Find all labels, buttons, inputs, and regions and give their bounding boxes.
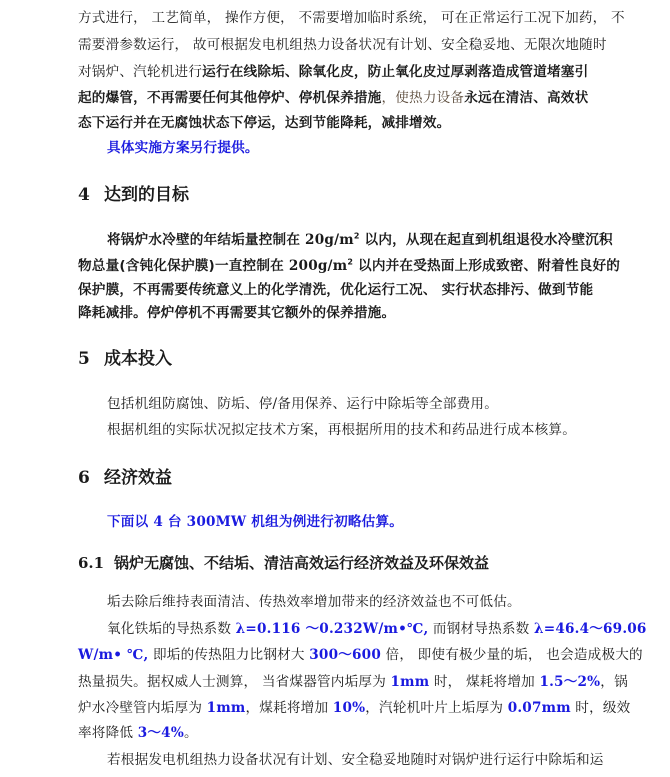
estimate-note-count: 4 <box>153 514 163 530</box>
subsection-line-6: 率将降低 3～4%。 <box>78 724 594 742</box>
intro-line-2: 需要滑参数运行， 故可根据发电机组热力设备状况有计划、安全稳妥地、无限次地随时 <box>78 36 594 54</box>
section-4-line-4: 降耗减排。停炉停机不再需要其它额外的保养措施。 <box>78 304 594 322</box>
intro-line-4-brown: ，使热力设备 <box>381 90 464 106</box>
implementation-note: 具体实施方案另行提供。 <box>107 139 623 157</box>
section-4-line-2: 物总量(含钝化保护膜)一直控制在 200g/m2 以内并在受热面上形成致密、附着… <box>78 257 594 275</box>
section-4-line-2-b: 以内并在受热面上形成致密、附着性良好的 <box>353 258 620 274</box>
section-5-title: 成本投入 <box>104 349 172 369</box>
subsection-line-3: W/m• ℃, 即垢的传热阻力比钢材大 300～600 倍， 即使有极少量的垢，… <box>78 646 594 664</box>
resistance-ratio: 300～600 <box>309 647 381 663</box>
subsection-line-4-b: 时， 煤耗将增加 <box>429 674 539 690</box>
subsection-line-3-b: 倍， 即使有极少量的垢， 也会造成极大的 <box>381 647 643 663</box>
document-page: 方式进行， 工艺简单， 操作方便， 不需要增加临时系统， 可在正常运行工况下加药… <box>0 0 670 777</box>
turbine-blade-scale-thickness: 0.07mm <box>508 700 571 716</box>
subsection-line-2-b: 而钢材导热系数 <box>428 621 534 637</box>
section-5-line-2: 根据机组的实际状况拟定技术方案，再根据所用的技术和药品进行成本核算。 <box>107 421 623 439</box>
section-4-line-1-a: 将锅炉水冷壁的年结垢量控制在 <box>107 232 305 248</box>
subsection-line-5-c: ，汽轮机叶片上垢厚为 <box>365 700 507 716</box>
waterwall-coal-increase: 10% <box>333 700 365 716</box>
subsection-line-4-c: ，锅 <box>600 674 628 690</box>
estimate-note-c: 机组为例进行初略估算。 <box>246 514 403 530</box>
intro-line-1: 方式进行， 工艺简单， 操作方便， 不需要增加临时系统， 可在正常运行工况下加药… <box>78 9 594 27</box>
subsection-line-5-d: 时，级效 <box>571 700 631 716</box>
subsection-line-6-b: 。 <box>184 725 198 741</box>
section-5-line-1: 包括机组防腐蚀、防垢、停/备用保养、运行中除垢等全部费用。 <box>107 395 623 413</box>
subsection-line-4-a: 热量损失。据权威人士测算， 当省煤器管内垢厚为 <box>78 674 391 690</box>
intro-line-3: 对锅炉、汽轮机进行运行在线除垢、除氧化皮，防止氧化皮过厚剥落造成管道堵塞引 <box>78 63 594 81</box>
section-4-number: 4 <box>78 184 104 206</box>
section-4-line-2-value: 200g/m <box>289 258 347 274</box>
economizer-coal-increase: 1.5～2% <box>539 674 600 690</box>
subsection-line-1: 垢去除后维持表面清洁、传热效率增加带来的经济效益也不可低估。 <box>107 593 623 611</box>
intro-line-3-normal: 对锅炉、汽轮机进行 <box>78 64 202 80</box>
subsection-line-5-b: ，煤耗将增加 <box>246 700 333 716</box>
section-5-number: 5 <box>78 348 104 370</box>
section-4-line-1-b: 以内，从现在起直到机组退役水冷壁沉积 <box>360 232 613 248</box>
subsection-line-5: 炉水冷壁管内垢厚为 1mm，煤耗将增加 10%，汽轮机叶片上垢厚为 0.07mm… <box>78 699 594 717</box>
section-5-heading: 5成本投入 <box>78 348 172 370</box>
iron-oxide-conductivity: λ=0.116 ～0.232W/m•℃, <box>236 621 429 637</box>
estimate-note: 下面以 4 台 300MW 机组为例进行初略估算。 <box>107 513 623 531</box>
waterwall-scale-thickness: 1mm <box>207 700 246 716</box>
subsection-line-2: 氧化铁垢的导热系数 λ=0.116 ～0.232W/m•℃, 而钢材导热系数 λ… <box>107 620 623 638</box>
intro-line-4-bold2: 永远在清洁、高效状 <box>464 90 588 106</box>
section-4-line-2-a: 物总量(含钝化保护膜)一直控制在 <box>78 258 289 274</box>
subsection-line-2-a: 氧化铁垢的导热系数 <box>107 621 236 637</box>
intro-line-3-bold: 运行在线除垢、除氧化皮，防止氧化皮过厚剥落造成管道堵塞引 <box>202 64 588 80</box>
subsection-6-1-number: 6.1 <box>78 553 114 573</box>
intro-line-4-bold1: 起的爆管，不再需要任何其他停炉、停机保养措施 <box>78 90 381 106</box>
section-6-number: 6 <box>78 467 104 489</box>
subsection-line-5-a: 炉水冷壁管内垢厚为 <box>78 700 207 716</box>
section-4-title: 达到的目标 <box>104 185 189 205</box>
section-6-title: 经济效益 <box>104 468 172 488</box>
estimate-note-a: 下面以 <box>107 514 153 530</box>
section-4-line-3: 保护膜，不再需要传统意义上的化学清洗，优化运行工况、 实行状态排污、做到节能 <box>78 281 594 299</box>
subsection-line-3-a: 即垢的传热阻力比钢材大 <box>148 647 309 663</box>
subsection-6-1-title: 锅炉无腐蚀、不结垢、清洁高效运行经济效益及环保效益 <box>114 554 489 572</box>
economizer-scale-thickness: 1mm <box>391 674 430 690</box>
intro-line-5: 态下运行并在无腐蚀状态下停运，达到节能降耗，减排增效。 <box>78 114 594 132</box>
subsection-line-7: 若根据发电机组热力设备状况有计划、安全稳妥地随时对锅炉进行运行中除垢和运 <box>107 751 623 769</box>
intro-line-4: 起的爆管，不再需要任何其他停炉、停机保养措施，使热力设备永远在清洁、高效状 <box>78 89 594 107</box>
stage-efficiency-drop: 3～4% <box>138 725 184 741</box>
section-4-line-1-value: 20g/m <box>305 232 354 248</box>
steel-conductivity-unit: W/m• ℃, <box>78 647 148 663</box>
estimate-note-capacity: 300MW <box>187 514 247 530</box>
subsection-6-1-heading: 6.1锅炉无腐蚀、不结垢、清洁高效运行经济效益及环保效益 <box>78 553 489 573</box>
section-4-line-1: 将锅炉水冷壁的年结垢量控制在 20g/m2 以内，从现在起直到机组退役水冷壁沉积 <box>107 231 623 249</box>
section-6-heading: 6经济效益 <box>78 467 172 489</box>
subsection-line-4: 热量损失。据权威人士测算， 当省煤器管内垢厚为 1mm 时， 煤耗将增加 1.5… <box>78 673 594 691</box>
section-4-heading: 4达到的目标 <box>78 184 189 206</box>
subsection-line-6-a: 率将降低 <box>78 725 138 741</box>
steel-conductivity: λ=46.4～69.06 <box>534 621 647 637</box>
estimate-note-b: 台 <box>163 514 187 530</box>
